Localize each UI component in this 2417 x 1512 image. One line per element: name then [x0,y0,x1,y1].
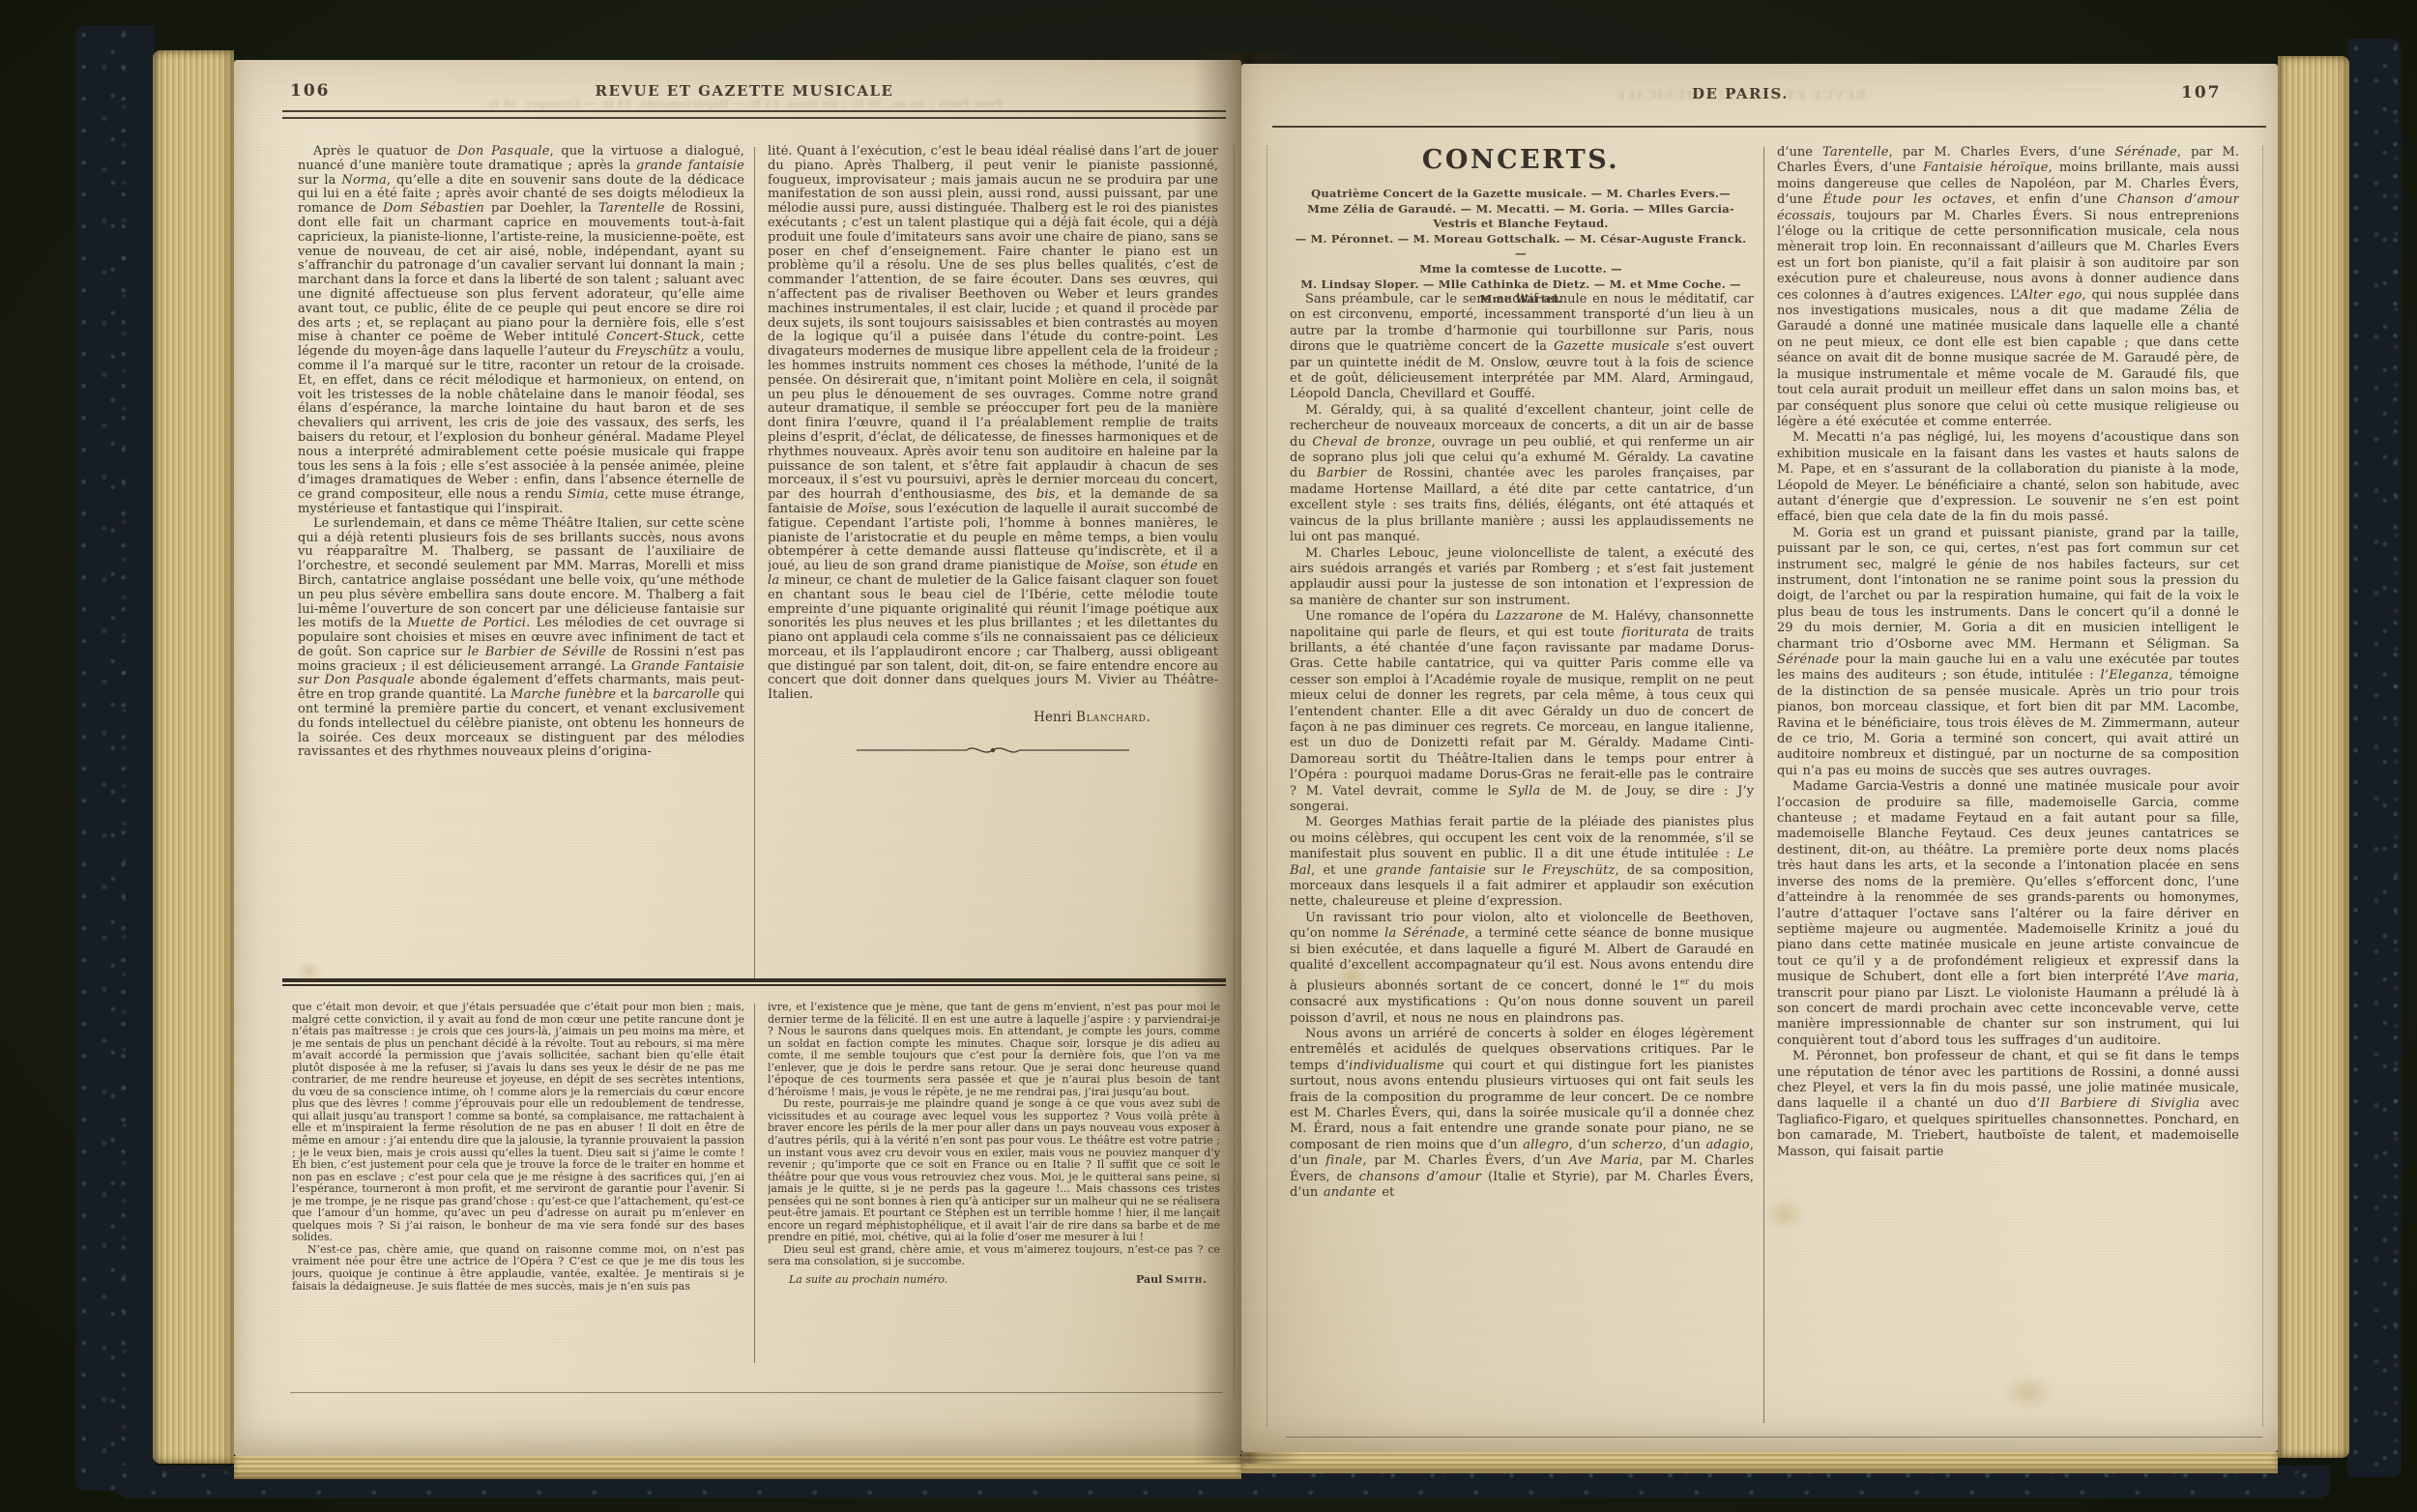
feuilleton-paragraph: Dieu seul est grand, chère amie, et vous… [768,1244,1220,1268]
program-line: Mme Zélia de Garaudé. — M. Mecatti. — M.… [1288,202,1754,232]
running-title-right: DE PARIS. [1431,85,2050,102]
concerts-masthead: CONCERTS. Quatrième Concert de la Gazett… [1288,145,1754,307]
feuilleton-column-1: que c’était mon devoir, et que j’étais p… [292,1002,744,1365]
concerts-paragraph: Nous avons un arriéré de concerts à sold… [1290,1027,1754,1201]
article-paragraph: Après le quatuor de Don Pasquale, que la… [298,145,744,517]
concerts-paragraph: Sans préambule, car le sens auditif annu… [1290,292,1754,403]
marbled-cover-left [75,25,155,1491]
page-number-left: 106 [290,81,331,101]
concerts-column-2: d’une Tarentelle, par M. Charles Évers, … [1777,145,2239,1423]
page-number-right: 107 [2181,83,2222,102]
column-divider-left-top [754,147,755,980]
continuation-note: La suite au prochain numéro. [789,1274,947,1287]
article-column-1: Après le quatuor de Don Pasquale, que la… [298,145,744,984]
article-column-2-text: lité. Quant à l’exécution, c’est le beau… [768,145,1218,703]
ornament-divider [853,742,1133,758]
concerts-paragraph: Une romance de l’opéra du Lazzarone de M… [1290,609,1754,815]
article-signature: Henri Blanchard. [768,711,1218,725]
feuilleton-column-2-text: ivre, et l’existence que je mène, que ta… [768,1002,1220,1268]
concert-program: Quatrième Concert de la Gazette musicale… [1288,187,1754,307]
concerts-paragraph: Madame Garcia-Vestris a donné une matiné… [1777,779,2239,1049]
concerts-paragraph: d’une Tarentelle, par M. Charles Évers, … [1777,145,2239,430]
header-rule-left [282,110,1226,119]
concerts-paragraph: M. Géraldy, qui, à sa qualité d’excellen… [1290,403,1754,546]
marbled-cover-right [2347,39,2402,1477]
concerts-paragraph: M. Mecatti n’a pas négligé, lui, les moy… [1777,430,2239,525]
concerts-paragraph: M. Georges Mathias ferait partie de la p… [1290,815,1754,910]
header-rule-right [1272,126,2266,128]
feuilleton-paragraph: ivre, et l’existence que je mène, que ta… [768,1002,1220,1098]
page-bottom-rule-left [290,1392,1223,1393]
column-divider-right [1763,147,1764,1423]
concerts-paragraph: M. Goria est un grand et puissant pianis… [1777,526,2239,780]
article-paragraph: Le surlendemain, et dans ce même Théâtre… [298,517,744,761]
column-divider-left-bottom [754,1003,755,1363]
concerts-paragraph: M. Péronnet, bon professeur de chant, et… [1777,1049,2239,1160]
program-line: — M. Péronnet. — M. Moreau Gottschalk. —… [1288,232,1754,262]
program-line: Mme la comtesse de Lucotte. — [1288,262,1754,277]
page-fore-edge-bottom-left [234,1456,1241,1479]
book-scan-scene: 106 REVUE ET GAZETTE MUSICALE Pour Paris… [0,0,2417,1512]
article-column-2: lité. Quant à l’exécution, c’est le beau… [768,145,1218,984]
feuilleton-paragraph: Du reste, pourrais-je me plaindre quand … [768,1098,1220,1244]
page-fore-edge-bottom-right [1241,1452,2278,1473]
concerts-paragraph: M. Charles Lebouc, jeune violoncelliste … [1290,546,1754,610]
feuilleton-paragraph: que c’était mon devoir, et que j’étais p… [292,1002,744,1244]
feuilleton-rule [282,978,1226,986]
feuilleton-footer: La suite au prochain numéro. Paul Smith. [768,1274,1220,1287]
page-fore-edge-right [2278,56,2349,1458]
page-frame-line-right [2262,145,2263,1427]
feuilleton-paragraph: N’est-ce pas, chère amie, que quand on r… [292,1244,744,1293]
article-paragraph: lité. Quant à l’exécution, c’est le beau… [768,145,1218,703]
program-line: Quatrième Concert de la Gazette musicale… [1288,187,1754,202]
feuilleton-column-2: ivre, et l’existence que je mène, que ta… [768,1002,1220,1381]
concerts-title: CONCERTS. [1288,145,1754,175]
page-fore-edge-left [153,50,234,1464]
page-fold-line-right [1267,145,1267,1427]
concerts-paragraph: Un ravissant trio pour violon, alto et v… [1290,911,1754,1027]
page-bottom-rule-right [1286,1437,2262,1438]
concerts-column-1: Sans préambule, car le sens auditif annu… [1290,292,1754,1421]
running-title-left: REVUE ET GAZETTE MUSICALE [406,82,1083,100]
